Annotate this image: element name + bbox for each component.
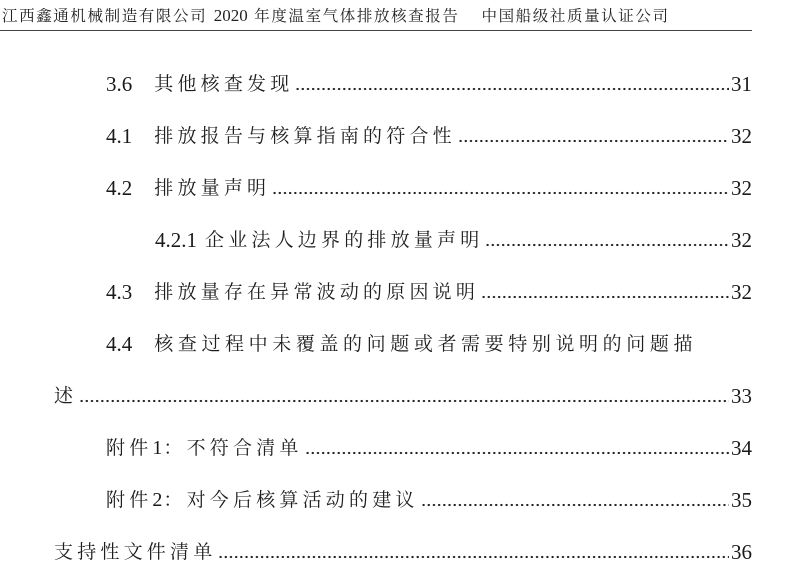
toc-page-number: 34 <box>731 436 752 460</box>
toc-leader-dots <box>272 191 729 195</box>
header-verifier: 中国船级社质量认证公司 <box>481 7 669 25</box>
toc-leader-dots <box>485 243 729 247</box>
toc-prefix: 附件 <box>106 436 152 460</box>
toc-appendix-number: 1 <box>152 436 162 460</box>
toc-page-number: 33 <box>731 384 752 408</box>
toc-section-number: 4.3 <box>106 280 132 304</box>
toc-entry-4-1[interactable]: 4.1 排放报告与核算指南的符合性 32 <box>106 118 752 148</box>
toc-leader-dots <box>421 503 729 507</box>
toc-entry-4-4-continued[interactable]: 述 33 <box>54 378 752 408</box>
toc-section-number: 4.1 <box>106 124 132 148</box>
toc-leader-dots <box>218 555 729 559</box>
toc-leader-dots <box>295 87 729 91</box>
toc-page-number: 32 <box>731 176 752 200</box>
toc-leader-dots <box>481 295 729 299</box>
toc-title: 排放量声明 <box>154 176 270 200</box>
toc-section-number: 4.2.1 <box>155 228 197 252</box>
toc-title: ：不符合清单 <box>163 436 302 460</box>
toc-leader-dots <box>458 139 729 143</box>
toc-section-number: 4.4 <box>106 332 132 356</box>
toc-section-number: 3.6 <box>106 72 132 96</box>
toc-page-number: 31 <box>731 72 752 96</box>
toc-section-number: 4.2 <box>106 176 132 200</box>
toc-leader-dots <box>305 451 729 455</box>
toc-leader-dots <box>79 399 729 403</box>
toc-title: 其他核查发现 <box>154 72 293 96</box>
toc-title-continuation: 述 <box>54 384 77 408</box>
toc-page-number: 35 <box>731 488 752 512</box>
toc-title: 企业法人边界的排放量声明 <box>205 228 483 252</box>
header-text: 江西鑫通机械制造有限公司 2020 年度温室气体排放核查报告中国船级社质量认证公… <box>0 4 670 30</box>
toc-entry-4-3[interactable]: 4.3 排放量存在异常波动的原因说明 32 <box>106 274 752 304</box>
header-company: 江西鑫通机械制造有限公司 <box>2 7 207 25</box>
page-header: 江西鑫通机械制造有限公司 2020 年度温室气体排放核查报告中国船级社质量认证公… <box>0 0 752 31</box>
toc-title: 核查过程中未覆盖的问题或者需要特别说明的问题描 <box>154 332 697 356</box>
toc-entry-supporting-documents[interactable]: 支持性文件清单 36 <box>54 534 752 564</box>
toc-page-number: 36 <box>731 540 752 564</box>
toc-entry-appendix-1[interactable]: 附件 1 ：不符合清单 34 <box>106 430 752 460</box>
toc-title: 排放报告与核算指南的符合性 <box>154 124 456 148</box>
toc-appendix-number: 2 <box>152 488 162 512</box>
header-report-title: 年度温室气体排放核查报告 <box>254 7 459 25</box>
toc-page-number: 32 <box>731 228 752 252</box>
header-year: 2020 <box>214 6 248 25</box>
toc-title: 排放量存在异常波动的原因说明 <box>154 280 479 304</box>
toc-entry-3-6[interactable]: 3.6 其他核查发现 31 <box>106 66 752 96</box>
toc-entry-4-2-1[interactable]: 4.2.1 企业法人边界的排放量声明 32 <box>155 222 752 252</box>
toc-title: 支持性文件清单 <box>54 540 216 564</box>
toc-entry-4-2[interactable]: 4.2 排放量声明 32 <box>106 170 752 200</box>
toc-prefix: 附件 <box>106 488 152 512</box>
toc-page-number: 32 <box>731 280 752 304</box>
toc-entry-appendix-2[interactable]: 附件 2 ：对今后核算活动的建议 35 <box>106 482 752 512</box>
toc-entry-4-4[interactable]: 4.4 核查过程中未覆盖的问题或者需要特别说明的问题描 <box>106 326 752 356</box>
toc-title: ：对今后核算活动的建议 <box>163 488 418 512</box>
toc-page-number: 32 <box>731 124 752 148</box>
